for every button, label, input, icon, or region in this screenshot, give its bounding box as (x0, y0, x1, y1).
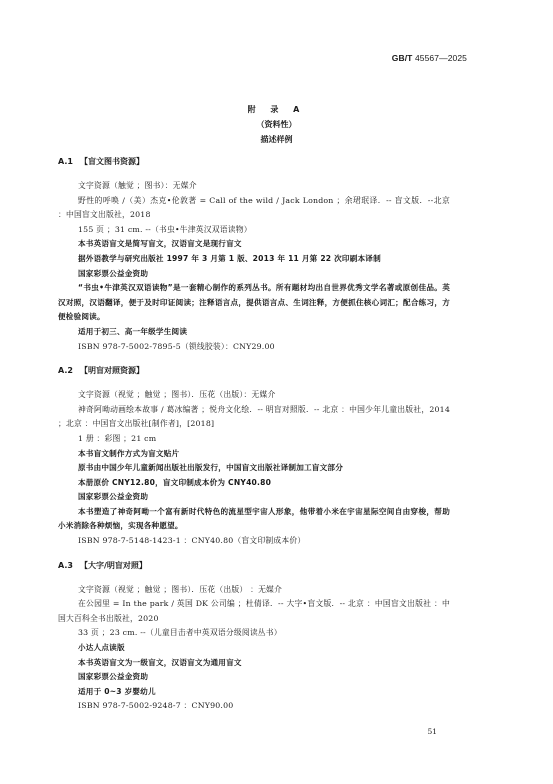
description-line: 本书英语盲文为一级盲文，汉语盲文为通用盲文 (58, 656, 450, 671)
description-line: 文字资源（视觉 ；触觉 ；图书）．压花（出版） ：无媒介 (58, 583, 450, 598)
description-line: ISBN 978-7-5002-9248-7 ：CNY90.00 (58, 699, 450, 714)
description-line: 1 册 ：彩图 ；21 cm (58, 432, 450, 447)
section-title: 【大字/明盲对照】 (80, 561, 147, 570)
page-number: 51 (427, 727, 437, 736)
description-line: 国家彩票公益金资助 (58, 670, 450, 685)
description-line: ISBN 978-7-5002-7895-5（锁线胶装）：CNY29.00 (58, 340, 450, 355)
description-line: 本册原价 CNY12.80，盲文印制成本价为 CNY40.80 (58, 476, 450, 491)
section-a-3: A.3【大字/明盲对照】文字资源（视觉 ；触觉 ；图书）．压花（出版） ：无媒介… (58, 559, 450, 714)
standard-number: 45567—2025 (415, 53, 467, 63)
description-line: 33 页 ；23 cm. --（儿童目击者中英双语分级阅读丛书） (58, 626, 450, 641)
section-title: 【盲文图书资源】 (80, 157, 144, 166)
section-heading: A.3【大字/明盲对照】 (58, 559, 450, 573)
section-a-2: A.2【明盲对照资源】文字资源（视觉 ；触觉 ；图书）．压花（出版）：无媒介神奇… (58, 364, 450, 549)
description-line: 155 页 ；31 cm. --（书虫•牛津英汉双语读物） (58, 223, 450, 238)
section-title: 【明盲对照资源】 (80, 366, 144, 375)
description-line: ISBN 978-7-5148-1423-1 ：CNY40.80（盲文印制成本价… (58, 534, 450, 549)
description-line: 适用于 0~3 岁婴幼儿 (58, 685, 450, 700)
description-line: 本书英语盲文是简写盲文，汉语盲文是现行盲文 (58, 237, 450, 252)
description-line: 本书盲文制作方式为盲文贴片 (58, 447, 450, 462)
section-number: A.1 (58, 155, 80, 169)
standard-prefix: GB/T (392, 53, 413, 63)
appendix-title-block: 附 录 A （资料性） 描述样例 (0, 102, 553, 147)
section-number: A.3 (58, 559, 80, 573)
description-line: 在公园里 = In the park / 英国 DK 公司编 ；杜倩译．-- 大… (58, 597, 450, 626)
description-line: “书虫•牛津英汉双语读物”是一套精心制作的系列丛书。所有题材均出自世界优秀文学名… (58, 281, 450, 325)
description-line: 文字资源（视觉 ；触觉 ；图书）．压花（出版）：无媒介 (58, 388, 450, 403)
description-line: 神奇阿呦动画绘本故事 / 葛冰编著 ；悦舟文化绘．-- 明盲对照版．-- 北京 … (58, 403, 450, 432)
section-a-1: A.1【盲文图书资源】文字资源（触觉 ；图书）：无媒介野性的呼唤 /（美）杰克•… (58, 155, 450, 354)
section-heading: A.2【明盲对照资源】 (58, 364, 450, 378)
appendix-nature: （资料性） (0, 117, 553, 132)
description-line: 本书塑造了神奇阿呦一个富有新时代特色的流星型宇宙人形象，他带着小米在宇宙星际空间… (58, 505, 450, 534)
description-line: 文字资源（触觉 ；图书）：无媒介 (58, 179, 450, 194)
appendix-label: 附 录 A (0, 102, 553, 117)
document-body: A.1【盲文图书资源】文字资源（触觉 ；图书）：无媒介野性的呼唤 /（美）杰克•… (58, 155, 450, 724)
appendix-name: 描述样例 (0, 132, 553, 147)
section-heading: A.1【盲文图书资源】 (58, 155, 450, 169)
standard-code: GB/T 45567—2025 (392, 53, 467, 63)
section-number: A.2 (58, 364, 80, 378)
description-line: 国家彩票公益金资助 (58, 267, 450, 282)
description-line: 适用于初三、高一年级学生阅读 (58, 325, 450, 340)
description-line: 据外语教学与研究出版社 1997 年 3 月第 1 版、2013 年 11 月第… (58, 252, 450, 267)
description-line: 原书由中国少年儿童新闻出版社出版发行，中国盲文出版社译制加工盲文部分 (58, 461, 450, 476)
description-line: 野性的呼唤 /（美）杰克•伦敦著 = Call of the wild / Ja… (58, 194, 450, 223)
description-line: 小达人点读版 (58, 641, 450, 656)
description-line: 国家彩票公益金资助 (58, 490, 450, 505)
